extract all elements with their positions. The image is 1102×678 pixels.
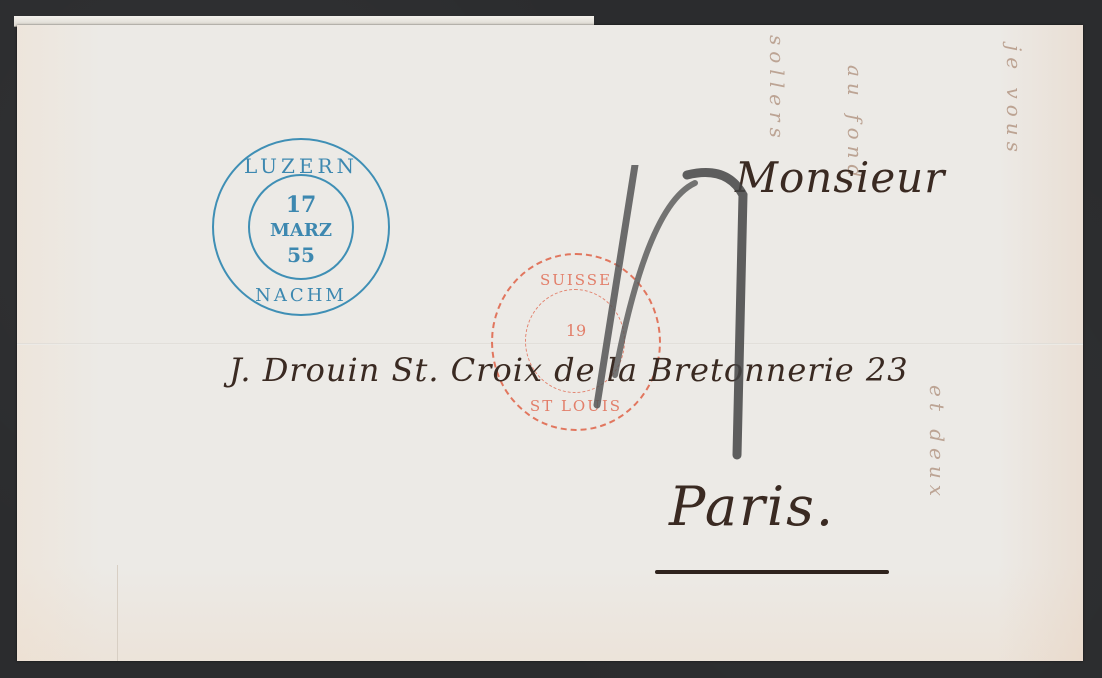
bleed-through-text: je vous — [1002, 45, 1026, 158]
handwritten-charge-mark — [587, 165, 777, 465]
postmark-day: 17 — [214, 192, 388, 218]
bleed-through-text: et deux — [925, 385, 949, 502]
vertical-fold — [117, 565, 118, 661]
address-street: J. Drouin St. Croix de la Bretonnerie 23 — [229, 351, 909, 389]
bleed-through-text: sollers — [765, 35, 789, 144]
postmark-year: 55 — [214, 243, 388, 267]
postal-cover: sollers au fond et deux je vous LUZERN 1… — [17, 25, 1083, 661]
address-city: Paris. — [669, 475, 835, 538]
luzern-postmark: LUZERN 17 MARZ 55 NACHM — [212, 138, 390, 316]
postmark-month: MARZ — [214, 220, 388, 241]
postmark-suffix: NACHM — [214, 285, 388, 306]
postmark-town: LUZERN — [214, 154, 388, 178]
city-underline — [655, 570, 889, 574]
